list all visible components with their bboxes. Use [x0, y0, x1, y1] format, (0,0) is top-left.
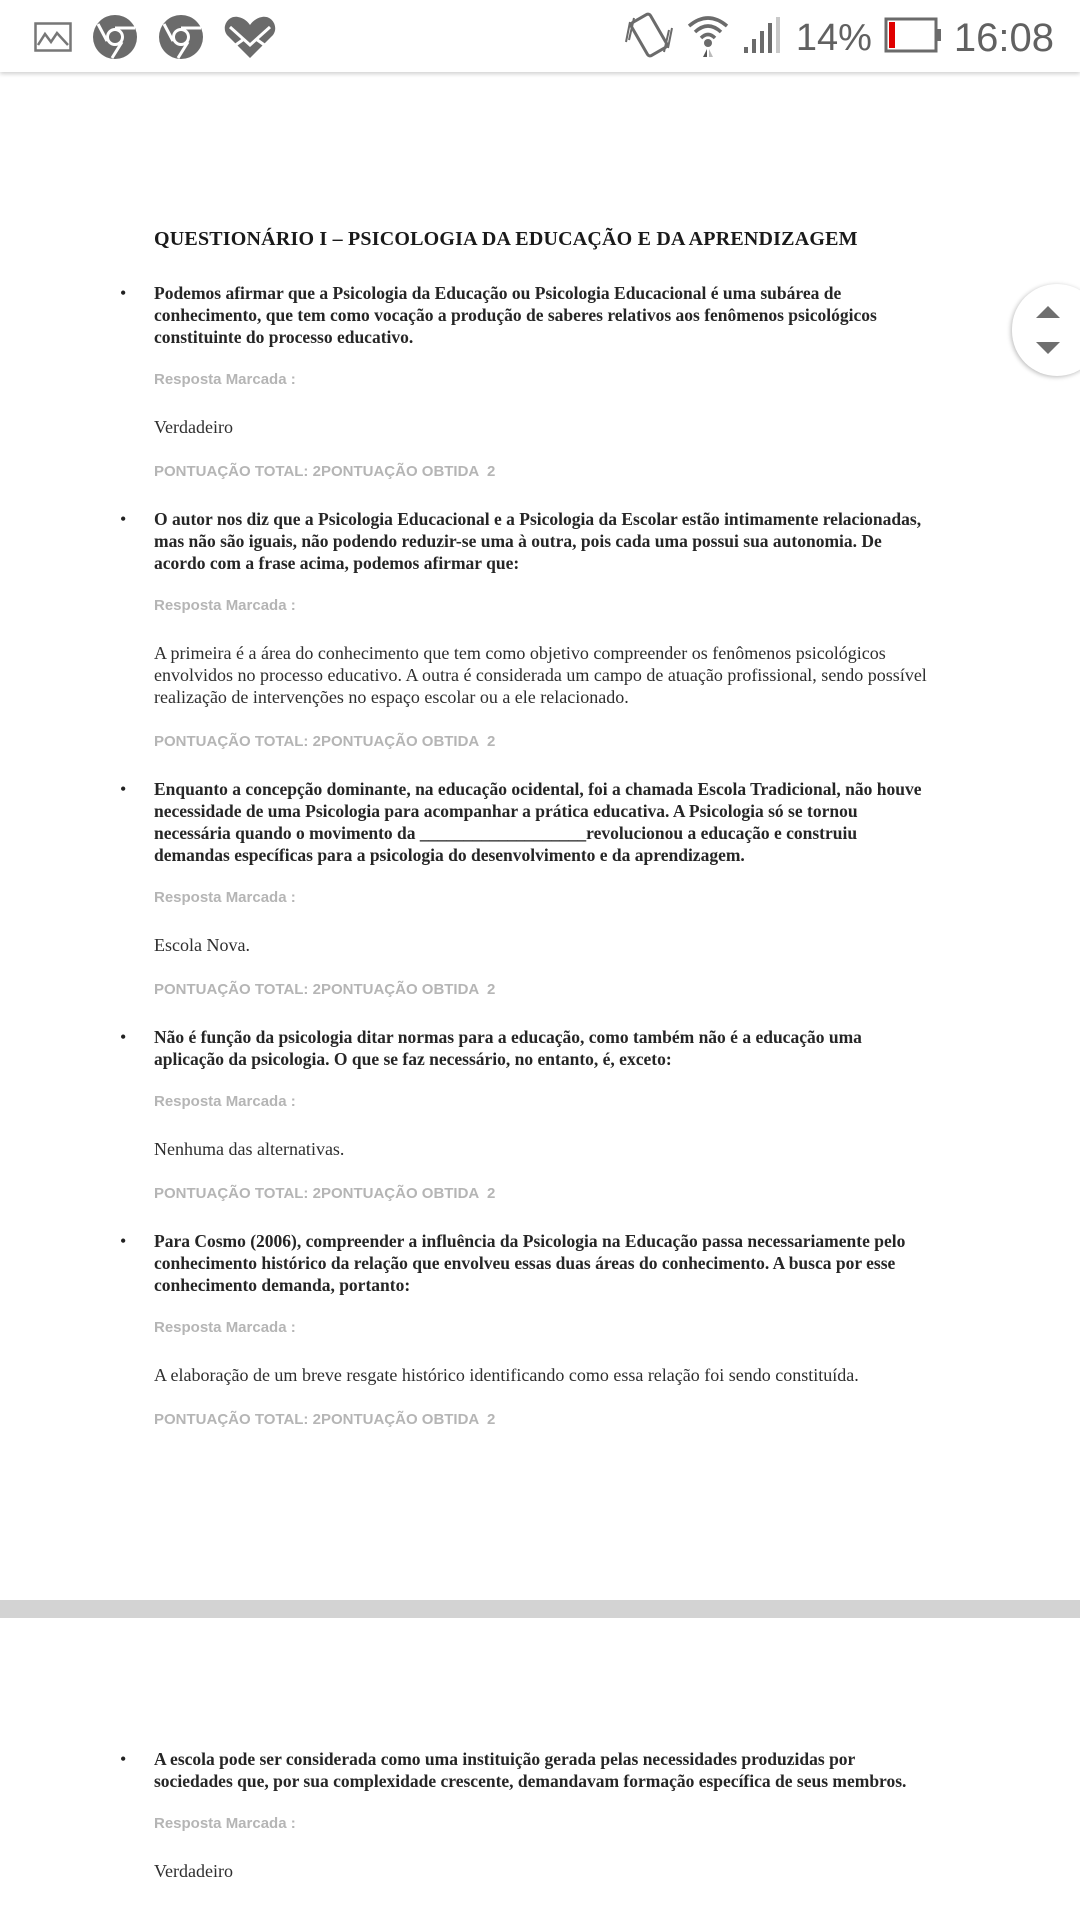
question-item: • Não é função da psicologia ditar norma… [0, 1026, 1080, 1204]
question-text: Não é função da psicologia ditar normas … [154, 1026, 934, 1070]
bullet: • [120, 1230, 126, 1252]
auto-rotate-icon [624, 12, 674, 63]
chrome-icon [92, 14, 138, 65]
bullet: • [120, 1026, 126, 1048]
question-text: Enquanto a concepção dominante, na educa… [154, 778, 934, 866]
question-item: • Podemos afirmar que a Psicologia da Ed… [0, 282, 1080, 482]
answer-text: A primeira é a área do conhecimento que … [154, 642, 934, 708]
score-text: PONTUAÇÃO TOTAL: 2PONTUAÇÃO OBTIDA 2 [154, 1184, 1080, 1204]
question-item: • Para Cosmo (2006), compreender a influ… [0, 1230, 1080, 1430]
clock: 16:08 [954, 14, 1054, 62]
question-list-page-2: • A escola pode ser considerada como uma… [0, 1748, 1080, 1882]
arrow-up-icon[interactable] [1036, 306, 1060, 318]
answer-text: Escola Nova. [154, 934, 934, 956]
wifi-icon [686, 12, 730, 63]
question-list-page-1: • Podemos afirmar que a Psicologia da Ed… [0, 282, 1080, 1430]
bullet: • [120, 508, 126, 530]
battery-percent: 14% [796, 14, 872, 62]
page-separator [0, 1600, 1080, 1618]
answer-text: A elaboração de um breve resgate históri… [154, 1364, 934, 1386]
battery-icon [884, 17, 942, 58]
heart-mail-icon [224, 15, 276, 64]
chrome-icon [158, 14, 204, 65]
notification-icons [34, 14, 276, 65]
answer-label: Resposta Marcada : [154, 1092, 1080, 1112]
question-item: • O autor nos diz que a Psicologia Educa… [0, 508, 1080, 752]
bullet: • [120, 1748, 126, 1770]
score-text: PONTUAÇÃO TOTAL: 2PONTUAÇÃO OBTIDA 2 [154, 732, 1080, 752]
score-text: PONTUAÇÃO TOTAL: 2PONTUAÇÃO OBTIDA 2 [154, 1410, 1080, 1430]
score-text: PONTUAÇÃO TOTAL: 2PONTUAÇÃO OBTIDA 2 [154, 462, 1080, 482]
answer-text: Verdadeiro [154, 1860, 934, 1882]
answer-text: Verdadeiro [154, 416, 934, 438]
answer-label: Resposta Marcada : [154, 1814, 1080, 1834]
status-bar: 14% 16:08 [0, 0, 1080, 72]
question-text: Para Cosmo (2006), compreender a influên… [154, 1230, 934, 1296]
system-icons: 14% 16:08 [624, 12, 1054, 63]
document-viewer[interactable]: QUESTIONÁRIO I – PSICOLOGIA DA EDUCAÇÃO … [0, 72, 1080, 1920]
question-text: Podemos afirmar que a Psicologia da Educ… [154, 282, 934, 348]
question-text: A escola pode ser considerada como uma i… [154, 1748, 934, 1792]
signal-icon [742, 15, 784, 60]
bullet: • [120, 282, 126, 304]
document-title: QUESTIONÁRIO I – PSICOLOGIA DA EDUCAÇÃO … [154, 228, 858, 251]
answer-label: Resposta Marcada : [154, 1318, 1080, 1338]
answer-text: Nenhuma das alternativas. [154, 1138, 934, 1160]
question-text: O autor nos diz que a Psicologia Educaci… [154, 508, 934, 574]
score-text: PONTUAÇÃO TOTAL: 2PONTUAÇÃO OBTIDA 2 [154, 980, 1080, 1000]
bullet: • [120, 778, 126, 800]
arrow-down-icon[interactable] [1036, 342, 1060, 354]
answer-label: Resposta Marcada : [154, 370, 1080, 390]
answer-label: Resposta Marcada : [154, 888, 1080, 908]
gallery-icon [34, 21, 72, 58]
question-item: • Enquanto a concepção dominante, na edu… [0, 778, 1080, 1000]
answer-label: Resposta Marcada : [154, 596, 1080, 616]
question-item: • A escola pode ser considerada como uma… [0, 1748, 1080, 1882]
